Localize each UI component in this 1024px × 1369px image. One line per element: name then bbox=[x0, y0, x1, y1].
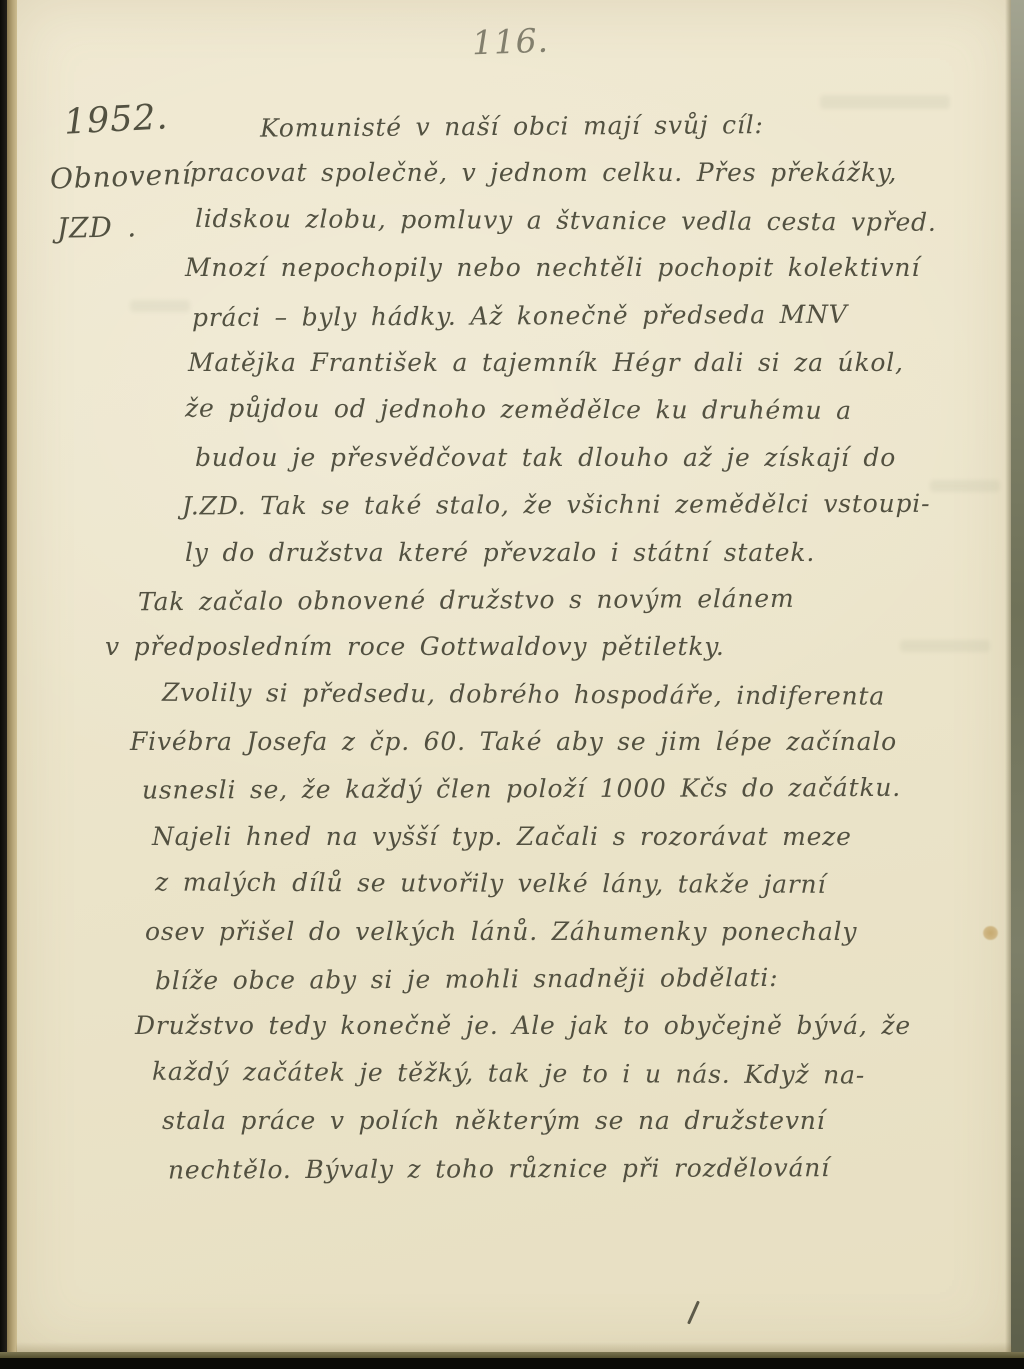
handwritten-line: lidskou zlobu, pomluvy a štvanice vedla … bbox=[195, 195, 1000, 247]
handwritten-line: usnesli se, že každý člen položí 1000 Kč… bbox=[142, 764, 1000, 814]
handwritten-line: ly do družstva které převzalo i státní s… bbox=[185, 529, 1000, 576]
handwritten-line: Mnozí nepochopily nebo nechtěli pochopit… bbox=[185, 244, 1000, 291]
handwritten-line: Najeli hned na vyšší typ. Začali s rozor… bbox=[152, 813, 1000, 860]
handwritten-line: blíže obce aby si je mohli snadněji obdě… bbox=[155, 953, 1000, 1005]
handwritten-line: Zvolily si předsedu, dobrého hospodáře, … bbox=[162, 668, 1000, 720]
handwritten-line: v předposledním roce Gottwaldovy pětilet… bbox=[105, 623, 1000, 670]
handwritten-line: Komunisté v naší obci mají svůj cíl: bbox=[260, 99, 1000, 152]
handwritten-line: budou je přesvědčovat tak dlouho až je z… bbox=[195, 434, 1000, 481]
handwritten-line: Fivébra Josefa z čp. 60. Také aby se jim… bbox=[130, 718, 1000, 765]
handwritten-line: Družstvo tedy konečně je. Ale jak to oby… bbox=[135, 1002, 1000, 1049]
handwritten-line: osev přišel do velkých lánů. Záhumenky p… bbox=[145, 908, 1000, 955]
handwritten-line: z malých dílů se utvořily velké lány, ta… bbox=[155, 859, 1000, 909]
handwritten-line: že půjdou od jednoho zemědělce ku druhém… bbox=[185, 385, 1000, 435]
handwritten-line: stala práce v polích některým se na druž… bbox=[162, 1097, 1000, 1144]
handwritten-line: Matějka František a tajemník Hégr dali s… bbox=[188, 339, 1000, 386]
page-stack-edge-right bbox=[1011, 0, 1024, 1355]
handwritten-line: Tak začalo obnovené družstvo s novým elá… bbox=[138, 574, 1000, 626]
chronicle-page-scan: 116. 1952. Obnovení JZD . Komunisté v na… bbox=[0, 0, 1024, 1369]
handwritten-line: pracovat společně, v jednom celku. Přes … bbox=[190, 149, 1000, 196]
book-binding-edge bbox=[0, 0, 7, 1369]
handwritten-body: Komunisté v naší obci mají svůj cíl: pra… bbox=[100, 102, 1000, 1192]
page-edge-shadow-bottom bbox=[16, 1342, 1012, 1352]
handwritten-line: J.ZD. Tak se také stalo, že všichni země… bbox=[182, 480, 1000, 530]
book-cover-edge-bottom bbox=[0, 1358, 1024, 1369]
page-stack-edge-left bbox=[7, 0, 17, 1355]
handwritten-line: práci – byly hádky. Až konečně předseda … bbox=[192, 289, 1000, 341]
handwritten-line: nechtělo. Bývaly z toho různice při rozd… bbox=[168, 1143, 1000, 1193]
handwritten-line: každý začátek je těžký, tak je to i u ná… bbox=[152, 1048, 1000, 1100]
paper-stain bbox=[983, 926, 998, 940]
page-number: 116. bbox=[471, 21, 549, 63]
